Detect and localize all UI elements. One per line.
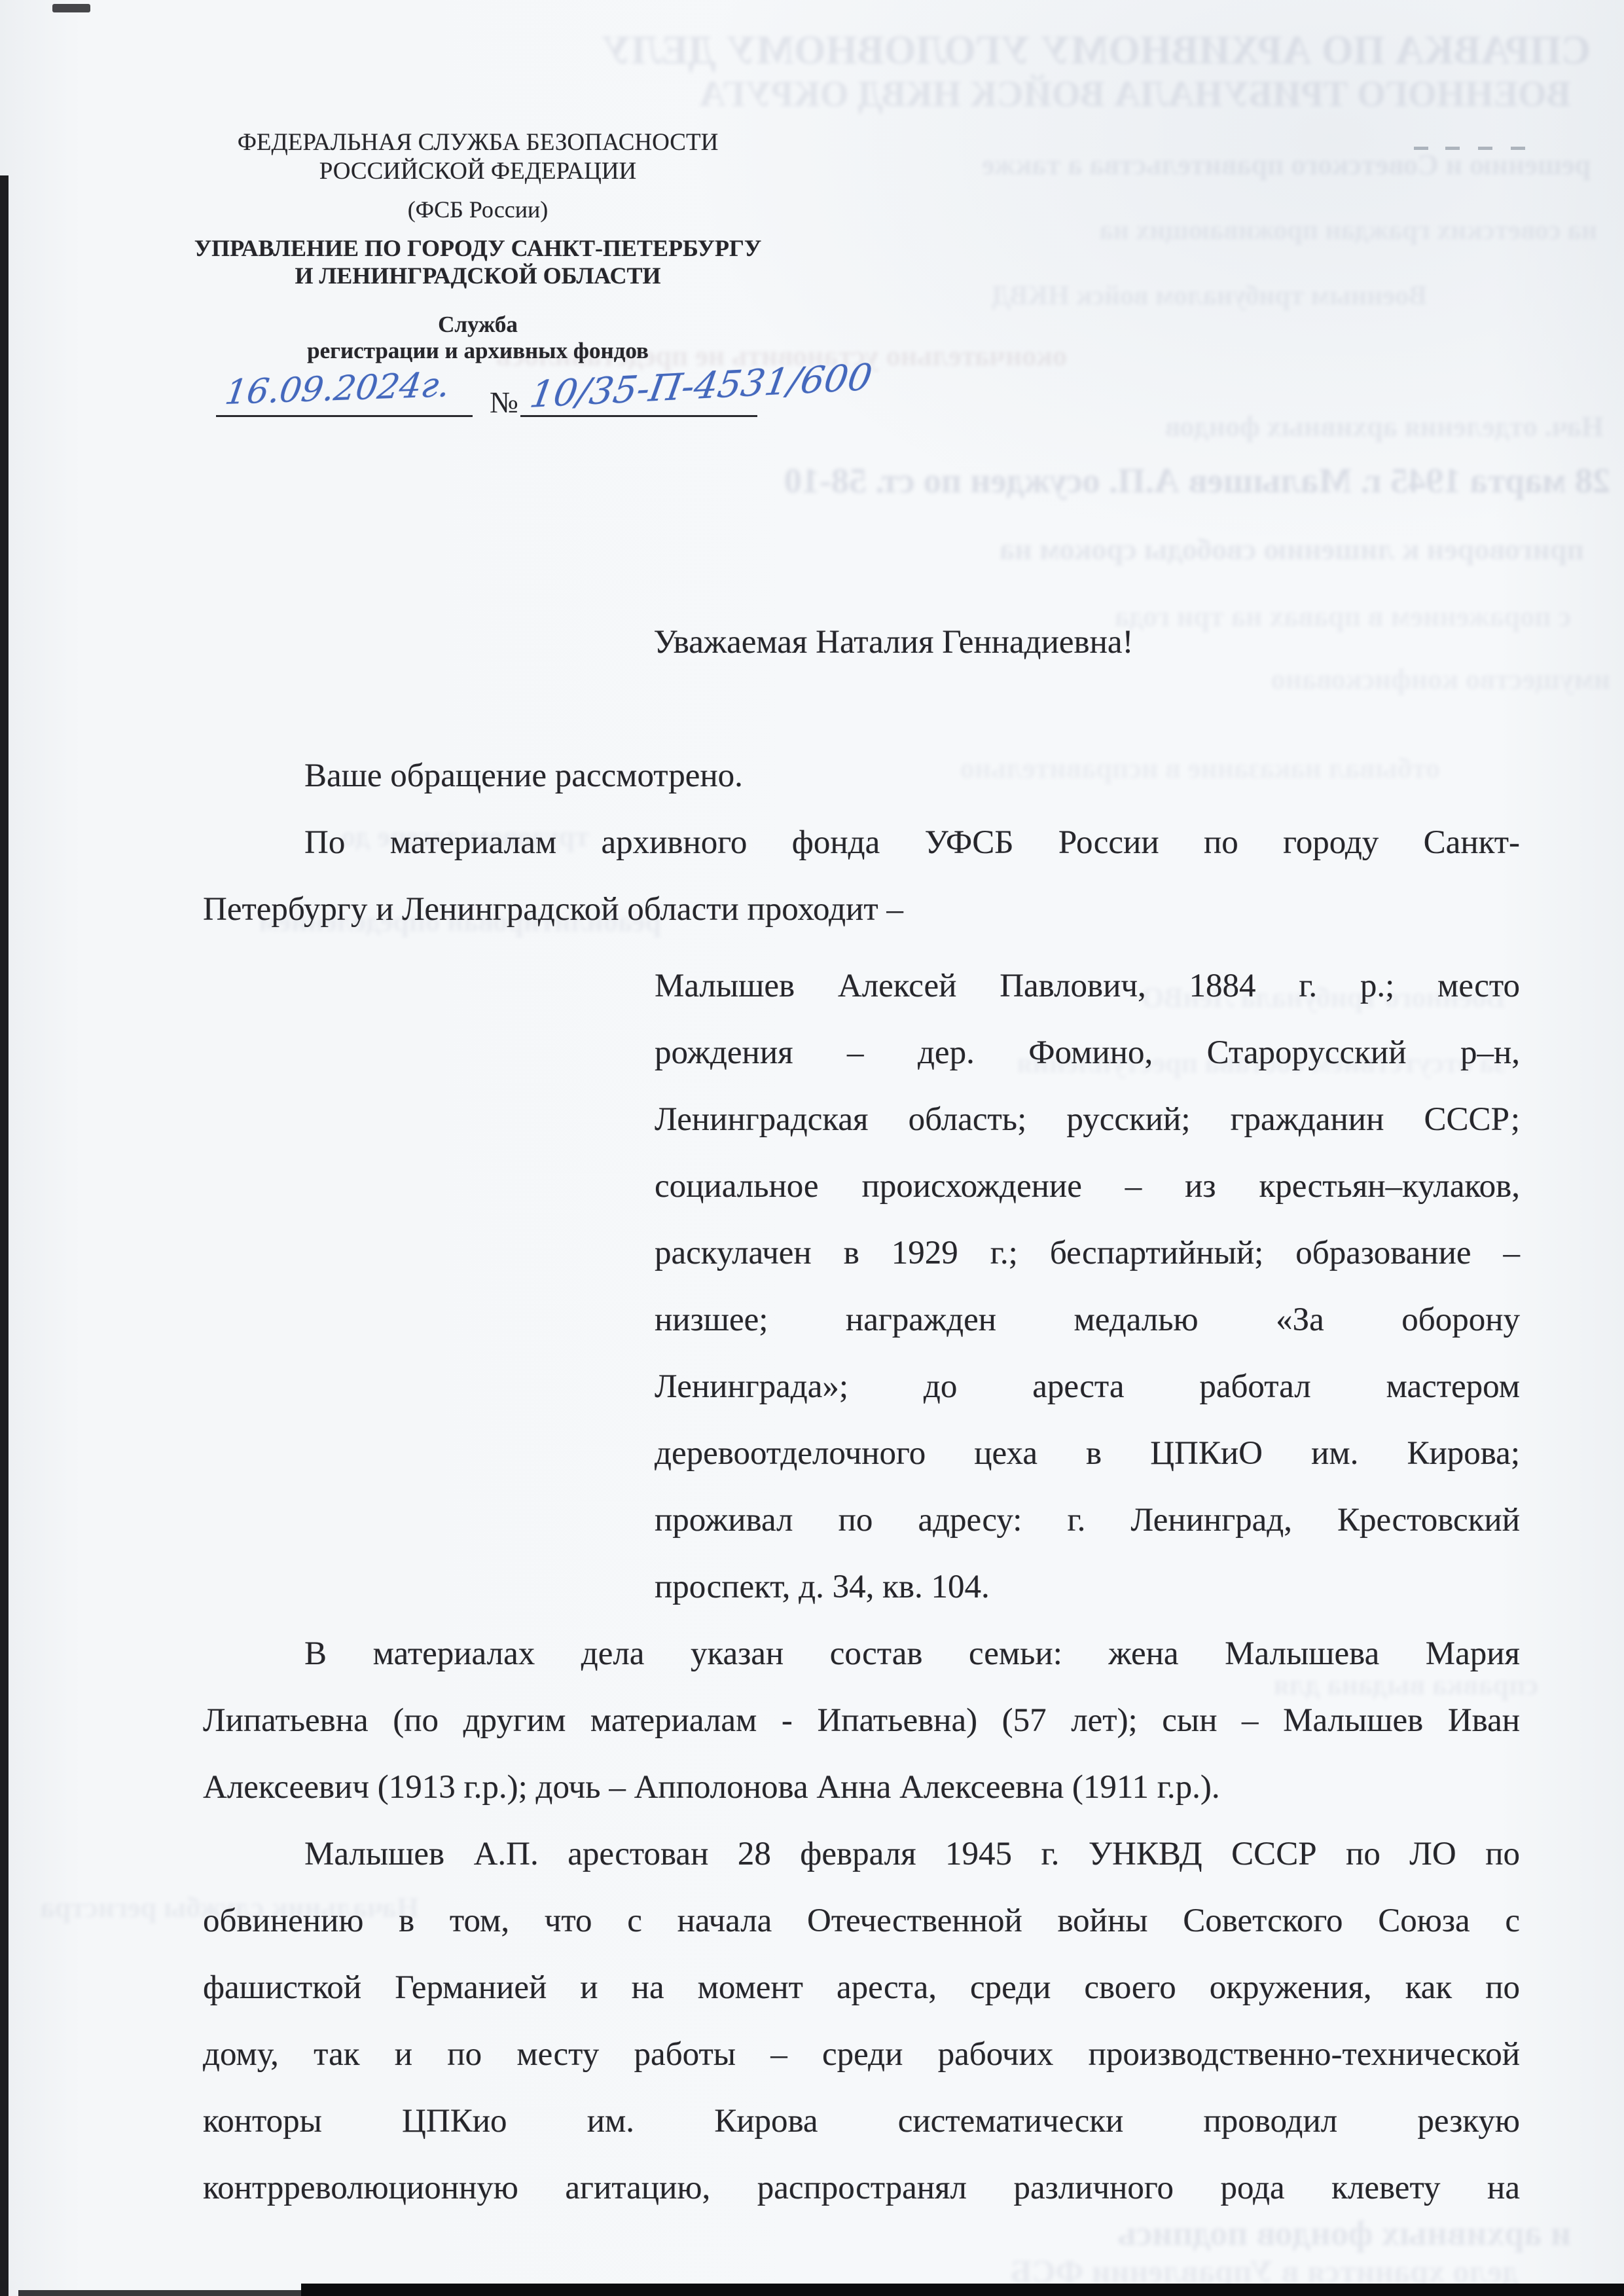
subject-details-block: Малышев Алексей Павлович, 1884 г. р.; ме… xyxy=(655,953,1520,1620)
letterhead-directorate-line2: И ЛЕНИНГРАДСКОЙ ОБЛАСТИ xyxy=(170,262,785,289)
letterhead-agency-short: (ФСБ России) xyxy=(170,196,785,223)
salutation: Уважаемая Наталия Геннадиевна! xyxy=(235,609,1552,676)
scanned-letter-page: СПРАВКА ПО АРХИВНОМУ УГОЛОВНОМУ ДЕЛУ ВОЕ… xyxy=(0,0,1624,2296)
letterhead-service-line2: регистрации и архивных фондов xyxy=(170,338,785,364)
subject-block-line: низшее; награжден медалью «За оборону xyxy=(655,1286,1520,1353)
paragraph-line: конторы ЦПКио им. Кирова систематически … xyxy=(203,2088,1520,2155)
subject-block-line: рождения – дер. Фомино, Старорусский р–н… xyxy=(655,1019,1520,1086)
blank-line xyxy=(203,676,1520,742)
scan-speck-dash xyxy=(1445,147,1460,150)
bleed-through-line: ВОЕННОГО ТРИБУНАЛА ВОЙСК НКВД ОКРУГА xyxy=(301,73,1571,115)
paragraph-line: Малышев А.П. арестован 28 февраля 1945 г… xyxy=(203,1821,1520,1887)
scan-speck-dash xyxy=(1414,147,1428,150)
letterhead-service-line1: Служба xyxy=(170,312,785,338)
letterhead: ФЕДЕРАЛЬНАЯ СЛУЖБА БЕЗОПАСНОСТИ РОССИЙСК… xyxy=(170,128,785,364)
subject-block-line: Малышев Алексей Павлович, 1884 г. р.; ме… xyxy=(655,953,1520,1019)
paragraph-line: Ваше обращение рассмотрено. xyxy=(203,742,1520,809)
scan-speck-dash xyxy=(1478,147,1492,150)
letterhead-directorate-line1: УПРАВЛЕНИЕ ПО ГОРОДУ САНКТ-ПЕТЕРБУРГУ xyxy=(170,234,785,262)
paragraph-line: контрреволюционную агитацию, распростран… xyxy=(203,2155,1520,2221)
number-sign-label: № xyxy=(490,388,518,418)
paragraph-line: Алексеевич (1913 г.р.); дочь – Апполонов… xyxy=(203,1754,1520,1821)
subject-block-line: проспект, д. 34, кв. 104. xyxy=(655,1554,1520,1620)
scan-speck-dash xyxy=(1511,147,1525,150)
date-underline: 16.09.2024г. xyxy=(216,373,473,417)
subject-block-line: раскулачен в 1929 г.; беспартийный; обра… xyxy=(655,1220,1520,1286)
letterhead-service: Служба регистрации и архивных фондов xyxy=(170,312,785,364)
subject-block-line: деревоотделочного цеха в ЦПКиО им. Киров… xyxy=(655,1420,1520,1487)
paragraph-line: дому, так и по месту работы – среди рабо… xyxy=(203,2021,1520,2088)
subject-block-line: Ленинградская область; русский; граждани… xyxy=(655,1086,1520,1153)
subject-block-line: проживал по адресу: г. Ленинград, Кресто… xyxy=(655,1487,1520,1554)
subject-block-line: социальное происхождение – из крестьян–к… xyxy=(655,1153,1520,1220)
scan-edge-left xyxy=(0,175,9,2296)
handwritten-date: 16.09.2024г. xyxy=(223,365,452,412)
letterhead-agency-line2: РОССИЙСКОЙ ФЕДЕРАЦИИ xyxy=(170,157,785,186)
bleed-through-line: 28 марта 1945 г. Малышев А.П. осужден по… xyxy=(72,460,1610,501)
scan-speck-top-left xyxy=(52,4,90,12)
letter-body: Уважаемая Наталия Геннадиевна! Ваше обра… xyxy=(203,609,1520,2221)
paragraph-line: Липатьевна (по другим материалам - Ипать… xyxy=(203,1687,1520,1754)
scan-edge-bottom-thin xyxy=(18,2290,301,2296)
bleed-through-line: приговорен к лишению свободы сроком на xyxy=(79,532,1584,566)
paragraph-line: По материалам архивного фонда УФСБ Росси… xyxy=(203,809,1520,876)
bleed-through-line: СПРАВКА ПО АРХИВНОМУ УГОЛОВНОМУ ДЕЛУ xyxy=(393,27,1591,74)
paragraph-line: фашисткой Германией и на момент ареста, … xyxy=(203,1954,1520,2021)
letterhead-directorate: УПРАВЛЕНИЕ ПО ГОРОДУ САНКТ-ПЕТЕРБУРГУ И … xyxy=(170,234,785,289)
paragraph-line: обвинению в том, что с начала Отечествен… xyxy=(203,1887,1520,1954)
scan-edge-bottom xyxy=(301,2284,1624,2296)
letterhead-agency-line1: ФЕДЕРАЛЬНАЯ СЛУЖБА БЕЗОПАСНОСТИ xyxy=(170,128,785,157)
subject-block-line: Ленинграда»; до ареста работал мастером xyxy=(655,1353,1520,1420)
paragraph-line: В материалах дела указан состав семьи: ж… xyxy=(203,1620,1520,1687)
paragraph-line: Петербургу и Ленинградской области прохо… xyxy=(203,876,1520,943)
number-underline: 10/35-П-4531/600 xyxy=(520,369,757,417)
